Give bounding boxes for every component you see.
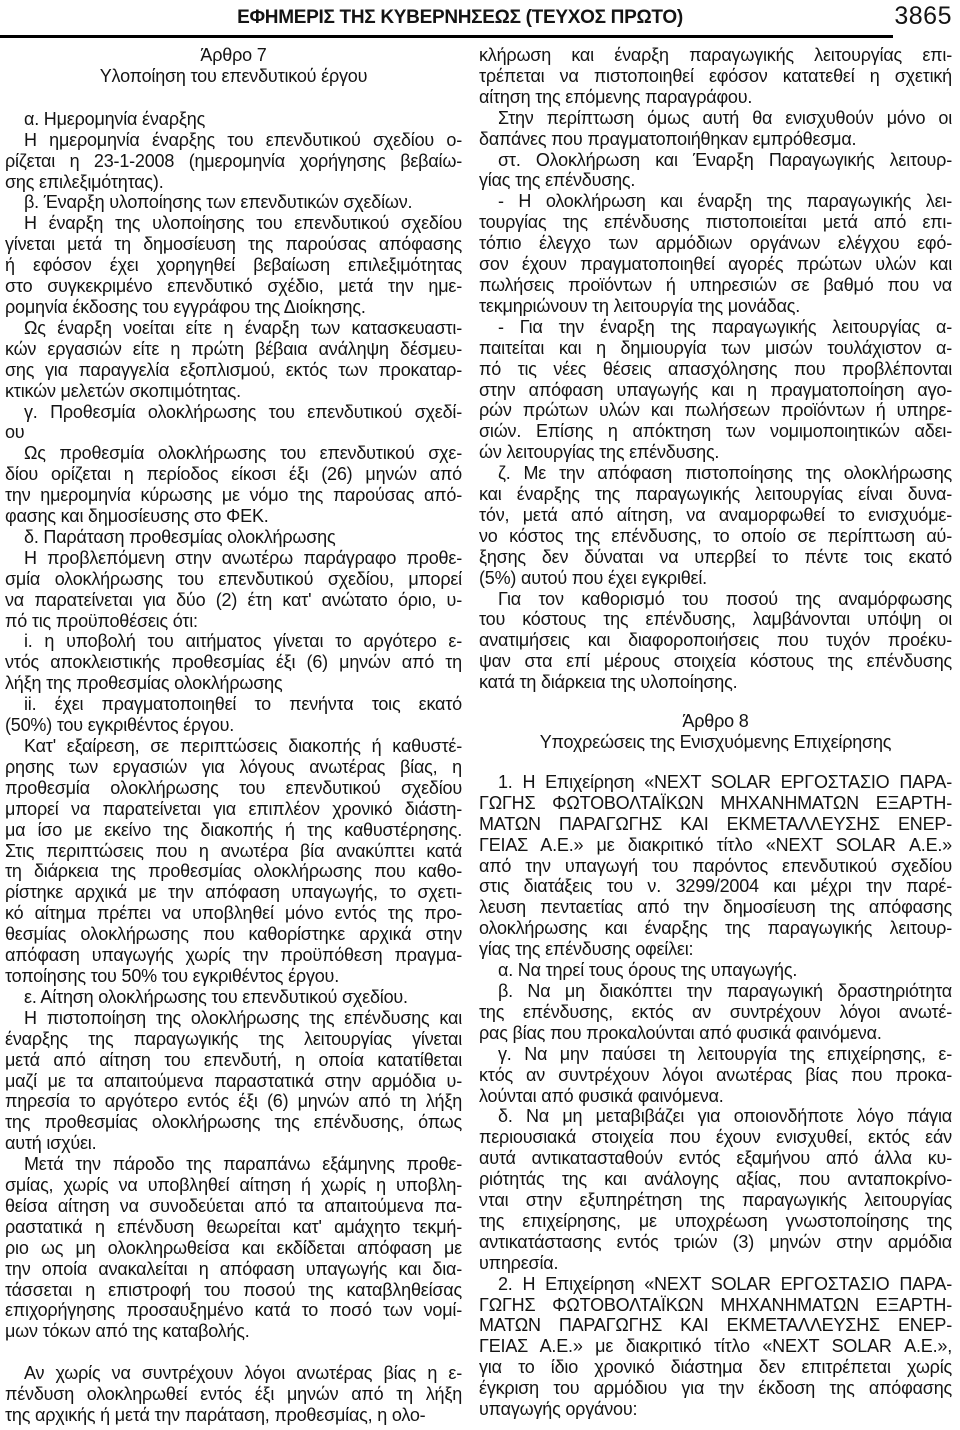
text-line: τόν, μετά από αίτηση, να αναμορφωθεί το … — [479, 505, 952, 526]
text-line: ρας βίας που προκαλούνται από φυσικά φαι… — [479, 1023, 952, 1044]
text-line: τεκμηριώνουν τη λειτουργία της μονάδας. — [479, 296, 952, 317]
text-line: β. Έναρξη υλοποίησης των επενδυτικών σχε… — [5, 192, 462, 213]
text-line: μαζί με τα απαιτούμενα παραστατικά στην … — [5, 1071, 462, 1092]
text-line: δ. Να μη μεταβιβάζει για οποιονδήποτε λό… — [479, 1106, 952, 1127]
paragraph: ε. Αίτηση ολοκλήρωσης του επενδυτικού σχ… — [5, 987, 462, 1008]
text-line: Μετά την πάροδο της παραπάνω εξάμηνης πρ… — [5, 1154, 462, 1175]
text-line: Ως προθεσμία ολοκλήρωσης του επενδυτικού… — [5, 443, 462, 464]
text-line: θείσα αίτηση να συνοδεύεται από τα απαιτ… — [5, 1196, 462, 1217]
text-line: τουργίας της επένδυσης πιστοποιείται μετ… — [479, 212, 952, 233]
paragraph: ζ. Με την απόφαση πιστοποίησης της ολοκλ… — [479, 463, 952, 588]
paragraph: 2. Η Επιχείρηση «NEXT SOLAR ΕΡΓΟΣΤΑΣΙΟ Π… — [479, 1274, 952, 1420]
text-line: i. η υποβολή του αιτήματος γίνεται το αρ… — [5, 631, 462, 652]
paragraph: Μετά την πάροδο της παραπάνω εξάμηνης πρ… — [5, 1154, 462, 1342]
text-line: στ. Ολοκλήρωση και Έναρξη Παραγωγικής λε… — [479, 150, 952, 171]
text-line: της επιχείρησης, με υποχρέωση γνωστοποίη… — [479, 1211, 952, 1232]
paragraph: Η έναρξη της υλοποίησης του επενδυτικού … — [5, 213, 462, 318]
text-line: έναρξης της παραγωγικής της λειτουργίας … — [5, 1029, 462, 1050]
text-line: ριότητάς της και ανάλογης αξίας, που αντ… — [479, 1169, 952, 1190]
text-line: νται στην εξυπηρέτηση της παραγωγικής λε… — [479, 1190, 952, 1211]
text-line: αίτηση της επόμενης παραγράφου. — [479, 87, 952, 108]
text-line: Αν χωρίς να συντρέχουν λόγοι ανωτέρας βί… — [5, 1363, 462, 1384]
text-line: Η προβλεπόμενη στην ανωτέρω παράγραφο πρ… — [5, 548, 462, 569]
text-line: ρίστηκε αρχικά με την απόφαση υπαγωγής, … — [5, 882, 462, 903]
paragraph: γ. Να μην παύσει τη λειτουργία της επιχε… — [479, 1044, 952, 1107]
text-line: κών εργασιών είτε η πρώτη βέβαια ανάληψη… — [5, 339, 462, 360]
text-line: ξησης δεν δύναται να υπερβεί το πέντε το… — [479, 547, 952, 568]
text-line: νο κόστος της επένδυσης, το οποίο σε περ… — [479, 526, 952, 547]
text-line: έγκριση του αρμόδιου για την έκδοση της … — [479, 1378, 952, 1399]
text-line: κό αίτημα πρέπει να υποβληθεί μόνο εντός… — [5, 903, 462, 924]
text-line: β. Να μη διακόπτει την παραγωγική δραστη… — [479, 981, 952, 1002]
text-line: λήξη της προθεσμίας ολοκλήρωσης — [5, 673, 462, 694]
paragraph: Στην περίπτωση όμως αυτή θα ενισχυθούν μ… — [479, 108, 952, 150]
text-line: λευση πενταετίας από την δημοσίευση της … — [479, 897, 952, 918]
text-line: Άρθρο 7 — [5, 45, 462, 66]
text-line: ρών πρώτων υλών και πωλήσεων προϊόντων ή… — [479, 400, 952, 421]
text-line: προθεσμία ολοκλήρωσης του επενδυτικού σχ… — [5, 778, 462, 799]
text-line: ανατιμήσεις και διαφοροποιήσεις που τυχό… — [479, 630, 952, 651]
text-line: ών λειτουργίας της επένδυσης. — [479, 442, 952, 463]
text-line: Για τον καθορισμό του ποσού της αναμόρφω… — [479, 589, 952, 610]
gazette-page: ΕΦΗΜΕΡΙΣ ΤΗΣ ΚΥΒΕΡΝΗΣΕΩΣ (ΤΕΥΧΟΣ ΠΡΩΤΟ) … — [0, 0, 960, 1430]
text-line: στις διατάξεις του ν. 3299/2004 και μέχρ… — [479, 876, 952, 897]
paragraph: α. Να τηρεί τους όρους της υπαγωγής. — [479, 960, 952, 981]
text-line: ου — [5, 422, 462, 443]
paragraph: Αν χωρίς να συντρέχουν λόγοι ανωτέρας βί… — [5, 1363, 462, 1426]
text-line: από την υπαγωγή του παρόντος επενδυτικού… — [479, 856, 952, 877]
text-line: γ. Να μην παύσει τη λειτουργία της επιχε… — [479, 1044, 952, 1065]
document-body: Άρθρο 7Υλοποίηση του επενδυτικού έργουα.… — [0, 38, 960, 1426]
text-line: περιουσιακά στοιχεία που έχουν ενισχυθεί… — [479, 1127, 952, 1148]
text-line: δαπάνες που πραγματοποιήθηκαν εμπρόθεσμα… — [479, 129, 952, 150]
text-line: τάσσεται η επιστροφή του ποσού της καταβ… — [5, 1280, 462, 1301]
paragraph: β. Να μη διακόπτει την παραγωγική δραστη… — [479, 981, 952, 1044]
text-line: σης για παραγγελία εξοπλισμού, εκτός των… — [5, 360, 462, 381]
paragraph: 1. Η Επιχείρηση «NEXT SOLAR ΕΡΓΟΣΤΑΣΙΟ Π… — [479, 772, 952, 960]
text-line: θεσμίας ολοκλήρωσης που καθορίστηκε αρχι… — [5, 924, 462, 945]
text-line: για το ίδιο χρονικό διάστημα δεν επιτρέπ… — [479, 1357, 952, 1378]
paragraph: i. η υποβολή του αιτήματος γίνεται το αρ… — [5, 631, 462, 694]
text-line: παιτείται και η δημιουργία των μισών του… — [479, 338, 952, 359]
text-line: τόπιο έλεγχο των αρμόδιων οργάνων ελέγχο… — [479, 233, 952, 254]
text-line: υπηρεσία. — [479, 1253, 952, 1274]
text-line: κατά τη διάρκεια της υλοποίησης. — [479, 672, 952, 693]
text-line: ΜΑΤΩΝ ΠΑΡΑΓΩΓΗΣ ΚΑΙ ΕΚΜΕΤΑΛΛΕΥΣΗΣ ΕΝΕΡ- — [479, 814, 952, 835]
text-line: αυτή ισχύει. — [5, 1133, 462, 1154]
text-line: της προθεσμίας ολοκλήρωσης της επένδυσης… — [5, 1112, 462, 1133]
paragraph: Ως έναρξη νοείται είτε η έναρξη των κατα… — [5, 318, 462, 402]
article-heading: Άρθρο 7Υλοποίηση του επενδυτικού έργου — [5, 45, 462, 87]
text-line: - Η ολοκλήρωση και έναρξη της παραγωγική… — [479, 191, 952, 212]
text-line: ΓΩΓΗΣ ΦΩΤΟΒΟΛΤΑΪΚΩΝ ΜΗΧΑΝΗΜΑΤΩΝ ΕΞΑΡΤΗ- — [479, 1295, 952, 1316]
paragraph: - Για την έναρξη της παραγωγικής λειτουρ… — [479, 317, 952, 463]
text-line: ντός αποκλειστικής προθεσμίας έξι (6) μη… — [5, 652, 462, 673]
text-line: ζ. Με την απόφαση πιστοποίησης της ολοκλ… — [479, 463, 952, 484]
text-line: ii. έχει πραγματοποιηθεί το πενήντα τοις… — [5, 694, 462, 715]
page-number: 3865 — [894, 2, 952, 31]
text-line: ριο ως μη ολοκληρωθείσα και εκδίδεται απ… — [5, 1238, 462, 1259]
text-line: της επένδυσης, εκτός αν συντρέχουν λόγοι… — [479, 1002, 952, 1023]
text-line: αντικατάστασης εντός τριών (3) μηνών στη… — [479, 1232, 952, 1253]
text-line: στο συγκεκριμένο επενδυτικό σχέδιο, μετά… — [5, 276, 462, 297]
text-line: (50%) του εγκριθέντος έργου. — [5, 715, 462, 736]
text-line: πό τις νέες θέσεις απασχόλησης που προβλ… — [479, 359, 952, 380]
text-line: τοποίησης του 50% του εγκριθέντος έργου. — [5, 966, 462, 987]
text-line: Ως έναρξη νοείται είτε η έναρξη των κατα… — [5, 318, 462, 339]
text-line: στην απόφαση υπαγωγής και η πραγματοποίη… — [479, 380, 952, 401]
paragraph: Ως προθεσμία ολοκλήρωσης του επενδυτικού… — [5, 443, 462, 527]
text-line: 2. Η Επιχείρηση «NEXT SOLAR ΕΡΓΟΣΤΑΣΙΟ Π… — [479, 1274, 952, 1295]
text-line: μων τόκων από της καταβολής. — [5, 1321, 462, 1342]
text-line: Άρθρο 8 — [479, 711, 952, 732]
text-line: α. Να τηρεί τους όρους της υπαγωγής. — [479, 960, 952, 981]
text-line: σον έχουν πραγματοποιηθεί αγορές πρώτων … — [479, 254, 952, 275]
text-line: την οποία ανακαλείται η απόφαση υπαγωγής… — [5, 1259, 462, 1280]
text-line: κτικών μελετών σκοπιμότητας. — [5, 381, 462, 402]
text-line: του κόστους της επένδυσης, λαμβάνονται υ… — [479, 609, 952, 630]
paragraph: δ. Να μη μεταβιβάζει για οποιονδήποτε λό… — [479, 1106, 952, 1273]
text-line: ραστατικά η επένδυση θεωρείται κατ' αμάχ… — [5, 1217, 462, 1238]
text-line: γ. Προθεσμία ολοκλήρωσης του επενδυτικού… — [5, 402, 462, 423]
text-line: δ. Παράταση προθεσμίας ολοκλήρωσης — [5, 527, 462, 548]
text-line: κτός αν συντρέχουν λόγοι ανωτέρας βίας π… — [479, 1065, 952, 1086]
text-line: μετά από αίτηση του επενδυτή, η οποία κα… — [5, 1050, 462, 1071]
text-line: σης επιλεξιμότητας). — [5, 172, 462, 193]
text-line: υπαγωγής οργάνου: — [479, 1399, 952, 1420]
text-line: να παρατείνεται για δύο (2) έτη κατ' ανώ… — [5, 590, 462, 611]
text-line: (5%) αυτού που έχει εγκριθεί. — [479, 568, 952, 589]
text-line: την ημερομηνία κύρωσης με νόμο της παρού… — [5, 485, 462, 506]
paragraph: Η πιστοποίηση της ολοκλήρωσης της επένδυ… — [5, 1008, 462, 1154]
text-line: τρέπεται να πιστοποιηθεί εφόσον κατατεθε… — [479, 66, 952, 87]
text-line: επιχορήγησης προσαυξημένο κατά το ποσό τ… — [5, 1300, 462, 1321]
paragraph: δ. Παράταση προθεσμίας ολοκλήρωσης — [5, 527, 462, 548]
text-line: ΓΕΙΑΣ Α.Ε.» με διακριτικό τίτλο «NEXT SO… — [479, 1336, 952, 1357]
text-line: και έναρξης της παραγωγικής λειτουργίας … — [479, 484, 952, 505]
paragraph: κλήρωση και έναρξη παραγωγικής λειτουργί… — [479, 45, 952, 108]
text-line: - Για την έναρξη της παραγωγικής λειτουρ… — [479, 317, 952, 338]
text-line: ρίζεται η 23-1-2008 (ημερομηνία χορήγηση… — [5, 151, 462, 172]
text-line: γίνεται μετά τη δημοσίευση της παρούσας … — [5, 234, 462, 255]
page-header: ΕΦΗΜΕΡΙΣ ΤΗΣ ΚΥΒΕΡΝΗΣΕΩΣ (ΤΕΥΧΟΣ ΠΡΩΤΟ) … — [0, 0, 960, 38]
right-column: κλήρωση και έναρξη παραγωγικής λειτουργί… — [479, 45, 952, 1426]
text-line: της αρχικής ή μετά την παράταση, προθεσμ… — [5, 1405, 462, 1426]
text-line: ολοκλήρωσης και έναρξης της παραγωγικής … — [479, 918, 952, 939]
text-line: σιών. Επίσης η απόκτηση των νομιμοποιητι… — [479, 421, 952, 442]
text-line: Υλοποίηση του επενδυτικού έργου — [5, 66, 462, 87]
text-line: αυτά αντικατασταθούν εντός εξαμήνου από … — [479, 1148, 952, 1169]
article-heading: Άρθρο 8Υποχρεώσεις της Ενισχυόμενης Επιχ… — [479, 711, 952, 753]
text-line: γίας της επένδυσης. — [479, 170, 952, 191]
text-line: ε. Αίτηση ολοκλήρωσης του επενδυτικού σχ… — [5, 987, 462, 1008]
text-line: Η ημερομηνία έναρξης του επενδυτικού σχε… — [5, 130, 462, 151]
text-line: ή εφόσον έχει χορηγηθεί βεβαίωση επιλεξι… — [5, 255, 462, 276]
text-line: ψαν στα επί μέρους στοιχεία κόστους της … — [479, 651, 952, 672]
text-line: λούνται από φυσικά φαινόμενα. — [479, 1086, 952, 1107]
text-line: ΓΩΓΗΣ ΦΩΤΟΒΟΛΤΑΪΚΩΝ ΜΗΧΑΝΗΜΑΤΩΝ ΕΞΑΡΤΗ- — [479, 793, 952, 814]
text-line: Η πιστοποίηση της ολοκλήρωσης της επένδυ… — [5, 1008, 462, 1029]
text-line: απόφαση υπαγωγής χωρίς την προϋπόθεση πρ… — [5, 945, 462, 966]
text-line: Στις περιπτώσεις που η ανωτέρα βία ανακύ… — [5, 841, 462, 862]
text-line: γίας της επένδυσης οφείλει: — [479, 939, 952, 960]
paragraph: β. Έναρξη υλοποίησης των επενδυτικών σχε… — [5, 192, 462, 213]
paragraph: α. Ημερομηνία έναρξης — [5, 109, 462, 130]
text-line: κλήρωση και έναρξη παραγωγικής λειτουργί… — [479, 45, 952, 66]
text-line: ρομηνία έκδοσης του εγγράφου της Διοίκησ… — [5, 297, 462, 318]
text-line: πένδυση ολοκληρωθεί εντός έξι μηνών από … — [5, 1384, 462, 1405]
text-line: πό τις προϋποθέσεις ότι: — [5, 611, 462, 632]
text-line: σμία ολοκλήρωσης του επενδυτικού σχεδίου… — [5, 569, 462, 590]
gazette-title: ΕΦΗΜΕΡΙΣ ΤΗΣ ΚΥΒΕΡΝΗΣΕΩΣ (ΤΕΥΧΟΣ ΠΡΩΤΟ) — [0, 7, 920, 29]
header-rule — [0, 35, 893, 38]
paragraph: ii. έχει πραγματοποιηθεί το πενήντα τοις… — [5, 694, 462, 736]
paragraph: Κατ' εξαίρεση, σε περιπτώσεις διακοπής ή… — [5, 736, 462, 987]
text-line: σμίας, χωρίς να υποβληθεί αίτηση ή χωρίς… — [5, 1175, 462, 1196]
text-line: δίου ορίζεται η περίοδος είκοσι έξι (26)… — [5, 464, 462, 485]
paragraph: στ. Ολοκλήρωση και Έναρξη Παραγωγικής λε… — [479, 150, 952, 192]
text-line: τη διάρκεια της προθεσμίας ολοκλήρωσης π… — [5, 861, 462, 882]
text-line: ρησης των εργασιών για λόγους ανωτέρας β… — [5, 757, 462, 778]
text-line: ΜΑΤΩΝ ΠΑΡΑΓΩΓΗΣ ΚΑΙ ΕΚΜΕΤΑΛΛΕΥΣΗΣ ΕΝΕΡ- — [479, 1315, 952, 1336]
text-line: πωλήσεις προϊόντων ή υπηρεσιών σε βαθμό … — [479, 275, 952, 296]
text-line: Κατ' εξαίρεση, σε περιπτώσεις διακοπής ή… — [5, 736, 462, 757]
text-line: Η έναρξη της υλοποίησης του επενδυτικού … — [5, 213, 462, 234]
text-line: Στην περίπτωση όμως αυτή θα ενισχυθούν μ… — [479, 108, 952, 129]
text-line: πηρεσία το αργότερο εντός έξι (6) μηνών … — [5, 1091, 462, 1112]
text-line: μα ίσο με εκείνο της διακοπής ή της καθυ… — [5, 820, 462, 841]
paragraph: γ. Προθεσμία ολοκλήρωσης του επενδυτικού… — [5, 402, 462, 444]
paragraph: Η ημερομηνία έναρξης του επενδυτικού σχε… — [5, 130, 462, 193]
text-line: 1. Η Επιχείρηση «NEXT SOLAR ΕΡΓΟΣΤΑΣΙΟ Π… — [479, 772, 952, 793]
left-column: Άρθρο 7Υλοποίηση του επενδυτικού έργουα.… — [5, 45, 462, 1426]
text-line: ΓΕΙΑΣ Α.Ε.» με διακριτικό τίτλο «NEXT SO… — [479, 835, 952, 856]
text-line: Υποχρεώσεις της Ενισχυόμενης Επιχείρησης — [479, 732, 952, 753]
paragraph: Για τον καθορισμό του ποσού της αναμόρφω… — [479, 589, 952, 694]
paragraph: - Η ολοκλήρωση και έναρξη της παραγωγική… — [479, 191, 952, 316]
text-line: φασης και δημοσίευσης στο ΦΕΚ. — [5, 506, 462, 527]
paragraph: Η προβλεπόμενη στην ανωτέρω παράγραφο πρ… — [5, 548, 462, 632]
text-line: μπορεί να παρατείνεται για επιπλέον χρον… — [5, 799, 462, 820]
text-line: α. Ημερομηνία έναρξης — [5, 109, 462, 130]
